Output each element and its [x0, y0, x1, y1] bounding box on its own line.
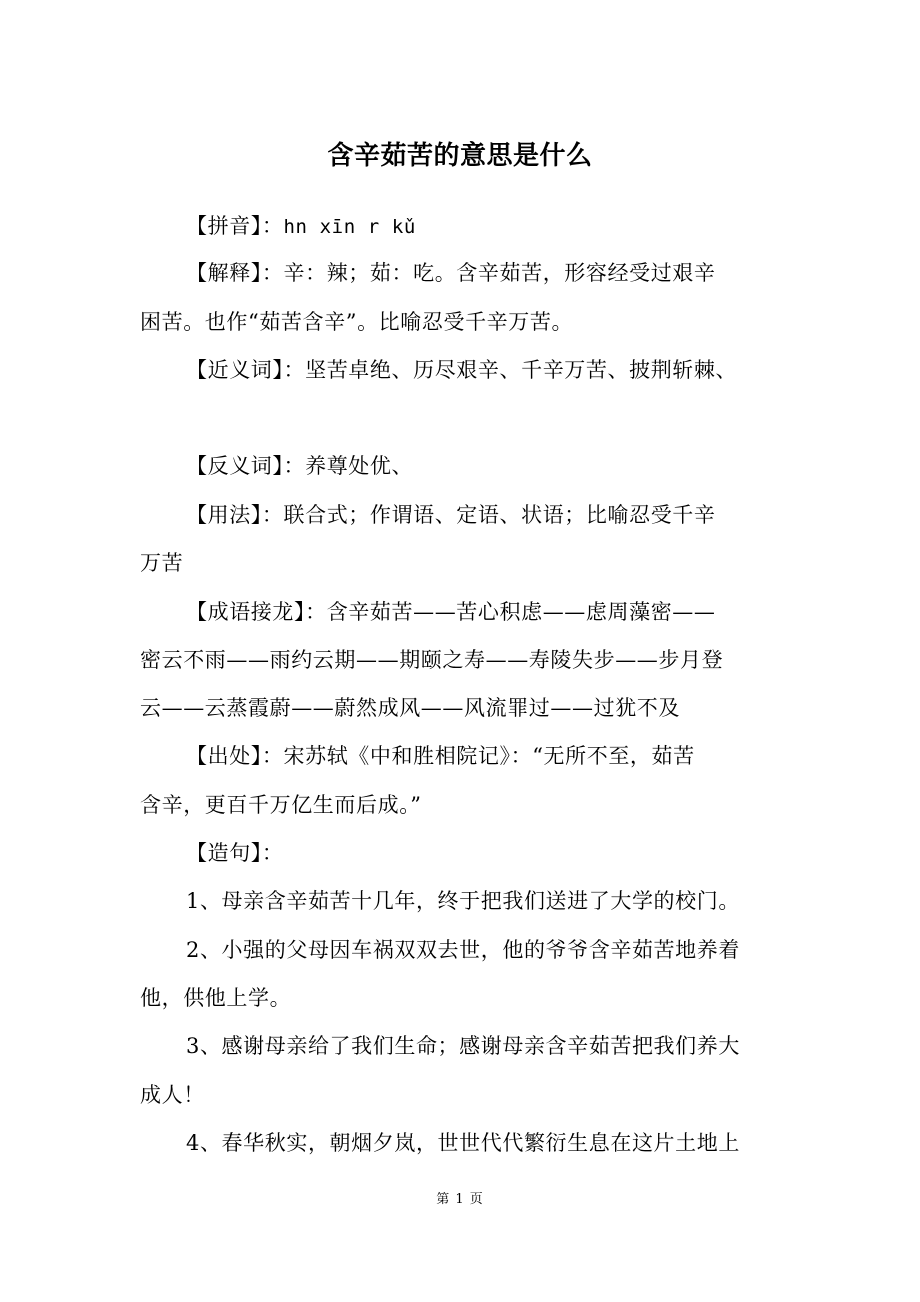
explanation-text-line1: 辛：辣；茹：吃。含辛茹苦，形容经受过艰辛 [284, 261, 716, 285]
usage-label: 【用法】： [186, 503, 284, 527]
example-sentence-2-line1: 2、小强的父母因车祸双双去世，他的爷爷含辛茹苦地养着 [186, 934, 836, 966]
antonyms-label: 【反义词】： [186, 454, 305, 478]
document-page: 含辛茹苦的意思是什么 【拼音】：hn xīn r kǔ 【解释】：辛：辣；茹：吃… [0, 0, 920, 1302]
synonyms-paragraph: 【近义词】：坚苦卓绝、历尽艰辛、千辛万苦、披荆斩棘、 [186, 354, 836, 386]
usage-text-line1: 联合式；作谓语、定语、状语；比喻忍受千辛 [284, 503, 716, 527]
idiom-chain-paragraph-line1: 【成语接龙】：含辛茹苦——苦心积虑——虑周藻密—— [186, 596, 836, 628]
usage-text-line2: 万苦 [140, 547, 790, 579]
source-text-line2: 含辛，更百千万亿生而后成。” [140, 789, 790, 821]
idiom-chain-text-line3: 云——云蒸霞蔚——蔚然成风——风流罪过——过犹不及 [140, 692, 790, 724]
example-sentence-2-line2: 他，供他上学。 [140, 982, 790, 1014]
explanation-text-line2: 困苦。也作“茹苦含辛”。比喻忍受千辛万苦。 [140, 306, 790, 338]
synonyms-text: 坚苦卓绝、历尽艰辛、千辛万苦、披荆斩棘、 [305, 358, 737, 382]
example-sentence-1: 1、母亲含辛茹苦十几年，终于把我们送进了大学的校门。 [186, 885, 836, 917]
idiom-chain-text-line2: 密云不雨——雨约云期——期颐之寿——寿陵失步——步月登 [140, 644, 790, 676]
example-sentence-3-line1: 3、感谢母亲给了我们生命；感谢母亲含辛茹苦把我们养大 [186, 1030, 836, 1062]
antonyms-paragraph: 【反义词】：养尊处优、 [186, 450, 836, 482]
usage-paragraph-line1: 【用法】：联合式；作谓语、定语、状语；比喻忍受千辛 [186, 499, 836, 531]
example-sentence-3-line2: 成人！ [140, 1079, 790, 1111]
pinyin-label: 【拼音】： [186, 214, 284, 238]
antonyms-text: 养尊处优、 [305, 454, 413, 478]
examples-label: 【造句】： [186, 837, 836, 869]
source-paragraph-line1: 【出处】：宋苏轼《中和胜相院记》：“无所不至，茹苦 [186, 740, 836, 772]
pinyin-text: hn xīn r kǔ [284, 216, 416, 238]
page-number: 第 1 页 [0, 1190, 920, 1210]
synonyms-label: 【近义词】： [186, 358, 305, 382]
idiom-chain-label: 【成语接龙】： [186, 600, 327, 624]
example-sentence-4-line1: 4、春华秋实，朝烟夕岚，世世代代繁衍生息在这片土地上 [186, 1127, 836, 1159]
source-text-line1: 宋苏轼《中和胜相院记》：“无所不至，茹苦 [284, 744, 695, 768]
explanation-paragraph-line1: 【解释】：辛：辣；茹：吃。含辛茹苦，形容经受过艰辛 [186, 257, 836, 289]
explanation-label: 【解释】： [186, 261, 284, 285]
idiom-chain-text-line1: 含辛茹苦——苦心积虑——虑周藻密—— [327, 600, 716, 624]
source-label: 【出处】： [186, 744, 284, 768]
document-title: 含辛茹苦的意思是什么 [0, 136, 920, 176]
pinyin-paragraph: 【拼音】：hn xīn r kǔ [186, 210, 836, 243]
